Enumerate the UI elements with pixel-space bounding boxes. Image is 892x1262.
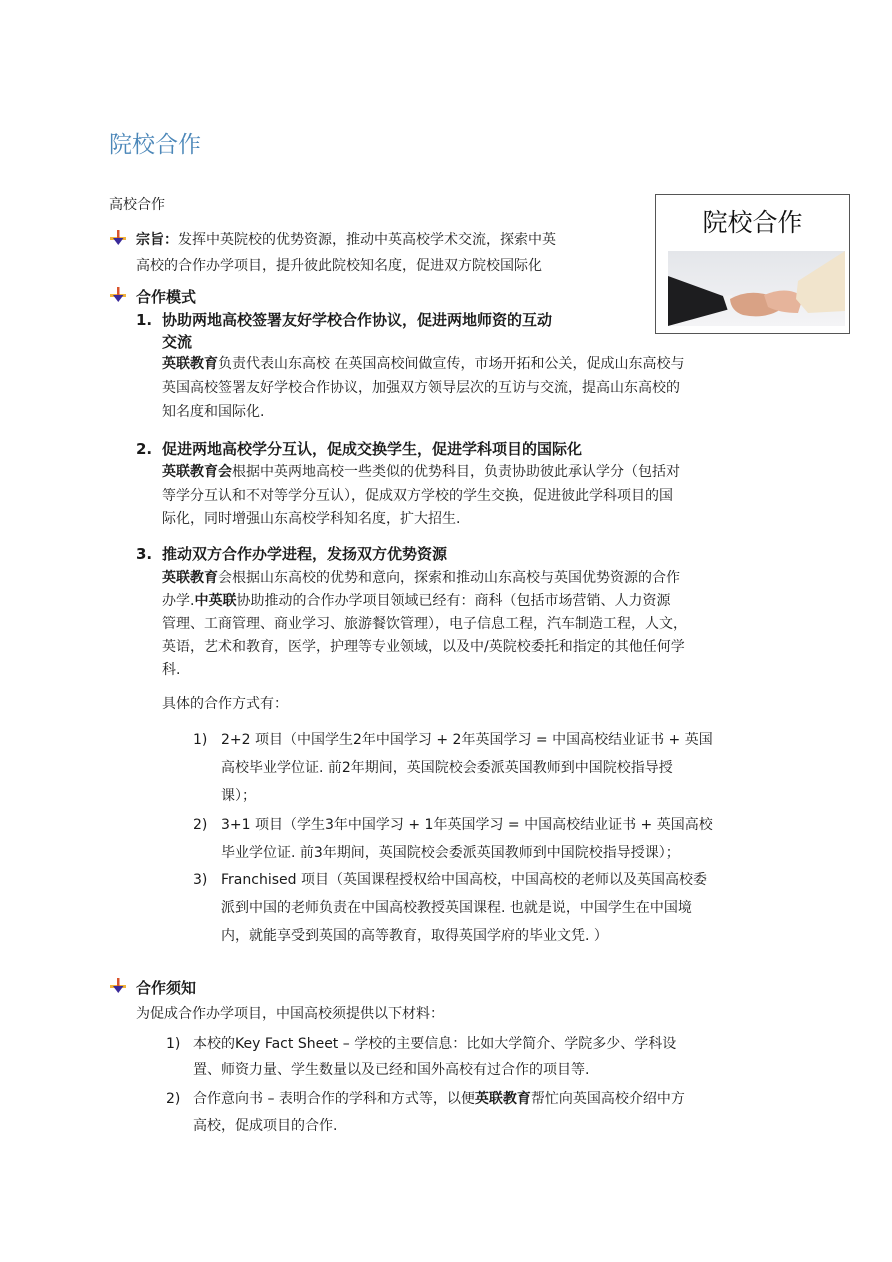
- method-1-line-2: 高校毕业学位证. 前2年期间，英国院校会委派英国教师到中国院校指导授: [221, 757, 673, 780]
- org-short-name: 中英联: [194, 593, 236, 609]
- mode-2-body-2: 等学分互认和不对等学分互认），促成双方学校的学生交换，促进彼此学科项目的国: [162, 485, 673, 508]
- mode-3-body-text: 办学.: [162, 593, 194, 609]
- method-2-line-2: 毕业学位证. 前3年期间，英国院校会委派英国教师到中国院校指导授课）；: [221, 842, 680, 865]
- mode-3-number: 3.: [136, 543, 152, 566]
- notice-2-line-1: 合作意向书 – 表明合作的学科和方式等，以便英联教育帮忙向英国高校介绍中方: [193, 1088, 685, 1111]
- modes-heading: 合作模式: [136, 286, 196, 309]
- org-name: 英联教育会: [162, 464, 232, 480]
- purpose-text-1: 发挥中英院校的优势资源，推动中英高校学术交流，探索中英: [178, 232, 556, 248]
- method-3-line-3: 内，就能享受到英国的高等教育，取得英国学府的毕业文凭. ）: [221, 925, 608, 948]
- method-1-line-1: 2+2 项目（中国学生2年中国学习 + 2年英国学习 = 中国高校结业证书 + …: [221, 729, 713, 752]
- notice-1-line-1: 本校的Key Fact Sheet – 学校的主要信息：比如大学简介、学院多少、…: [193, 1033, 676, 1056]
- mode-1-body-2: 英国高校签署友好学校合作协议，加强双方领导层次的互访与交流，提高山东高校的: [162, 377, 680, 400]
- mode-1-number: 1.: [136, 309, 152, 332]
- arrow-bullet-icon: [109, 229, 127, 247]
- arrow-bullet-icon: [109, 977, 127, 995]
- purpose-label: 宗旨：: [136, 232, 178, 248]
- mode-2-title: 促进两地高校学分互认，促成交换学生，促进学科项目的国际化: [162, 438, 582, 461]
- purpose-line-2: 高校的合作办学项目，提升彼此院校知名度，促进双方院校国际化: [136, 255, 542, 278]
- figure-box: 院校合作: [655, 194, 850, 334]
- method-2-line-1: 3+1 项目（学生3年中国学习 + 1年英国学习 = 中国高校结业证书 + 英国…: [221, 814, 713, 837]
- mode-2-body-1: 英联教育会根据中英两地高校一些类似的优势科目，负责协助彼此承认学分（包括对: [162, 461, 680, 484]
- mode-1-title-1: 协助两地高校签署友好学校合作协议，促进两地师资的互动: [162, 309, 552, 332]
- org-name: 英联教育: [475, 1091, 531, 1107]
- mode-3-body-text: 会根据山东高校的优势和意向，探索和推动山东高校与英国优势资源的合作: [218, 570, 680, 586]
- mode-3-body-4: 英语，艺术和教育，医学，护理等专业领域，以及中/英院校委托和指定的其他任何学: [162, 636, 685, 659]
- mode-3-body-5: 科.: [162, 659, 180, 682]
- handshake-image: [668, 251, 845, 326]
- notice-1-line-2: 置、师资力量、学生数量以及已经和国外高校有过合作的项目等.: [193, 1059, 589, 1082]
- mode-3-body-3: 管理、工商管理、商业学习、旅游餐饮管理），电子信息工程，汽车制造工程，人文，: [162, 613, 687, 636]
- method-1-number: 1): [193, 729, 207, 752]
- mode-2-body-3: 际化，同时增强山东高校学科知名度，扩大招生.: [162, 508, 460, 531]
- notice-2-text: 帮忙向英国高校介绍中方: [531, 1091, 685, 1107]
- mode-3-body-1: 英联教育会根据山东高校的优势和意向，探索和推动山东高校与英国优势资源的合作: [162, 567, 680, 590]
- org-name: 英联教育: [162, 570, 218, 586]
- figure-title: 院校合作: [656, 203, 849, 239]
- mode-1-title-2: 交流: [162, 331, 192, 354]
- mode-3-body-text: 协助推动的合作办学项目领域已经有：商科（包括市场营销、人力资源: [236, 593, 670, 609]
- notice-2-text: 合作意向书 – 表明合作的学科和方式等，以便: [193, 1091, 475, 1107]
- methods-intro: 具体的合作方式有：: [162, 693, 288, 716]
- purpose-line-1: 宗旨：发挥中英院校的优势资源，推动中英高校学术交流，探索中英: [136, 229, 556, 252]
- notice-1-number: 1): [166, 1033, 180, 1056]
- mode-1-body-1: 英联教育负责代表山东高校 在英国高校间做宣传，市场开拓和公关，促成山东高校与: [162, 353, 684, 376]
- mode-3-title: 推动双方合作办学进程，发扬双方优势资源: [162, 543, 447, 566]
- mode-1-body-3: 知名度和国际化.: [162, 401, 264, 424]
- mode-3-body-2: 办学.中英联协助推动的合作办学项目领域已经有：商科（包括市场营销、人力资源: [162, 590, 670, 613]
- mode-2-number: 2.: [136, 438, 152, 461]
- mode-2-body-text: 根据中英两地高校一些类似的优势科目，负责协助彼此承认学分（包括对: [232, 464, 680, 480]
- method-3-line-2: 派到中国的老师负责在中国高校教授英国课程. 也就是说，中国学生在中国境: [221, 897, 692, 920]
- notice-intro: 为促成合作办学项目，中国高校须提供以下材料：: [136, 1003, 444, 1026]
- method-2-number: 2): [193, 814, 207, 837]
- notice-heading: 合作须知: [136, 977, 196, 1000]
- notice-2-line-2: 高校，促成项目的合作.: [193, 1115, 337, 1138]
- method-3-line-1: Franchised 项目（英国课程授权给中国高校，中国高校的老师以及英国高校委: [221, 869, 707, 892]
- arrow-bullet-icon: [109, 286, 127, 304]
- method-1-line-3: 课）；: [221, 785, 256, 808]
- org-name: 英联教育: [162, 356, 218, 372]
- section-subtitle: 高校合作: [109, 194, 165, 214]
- page-title: 院校合作: [109, 126, 201, 159]
- mode-1-body-text: 负责代表山东高校 在英国高校间做宣传，市场开拓和公关，促成山东高校与: [218, 356, 684, 372]
- notice-2-number: 2): [166, 1088, 180, 1111]
- method-3-number: 3): [193, 869, 207, 892]
